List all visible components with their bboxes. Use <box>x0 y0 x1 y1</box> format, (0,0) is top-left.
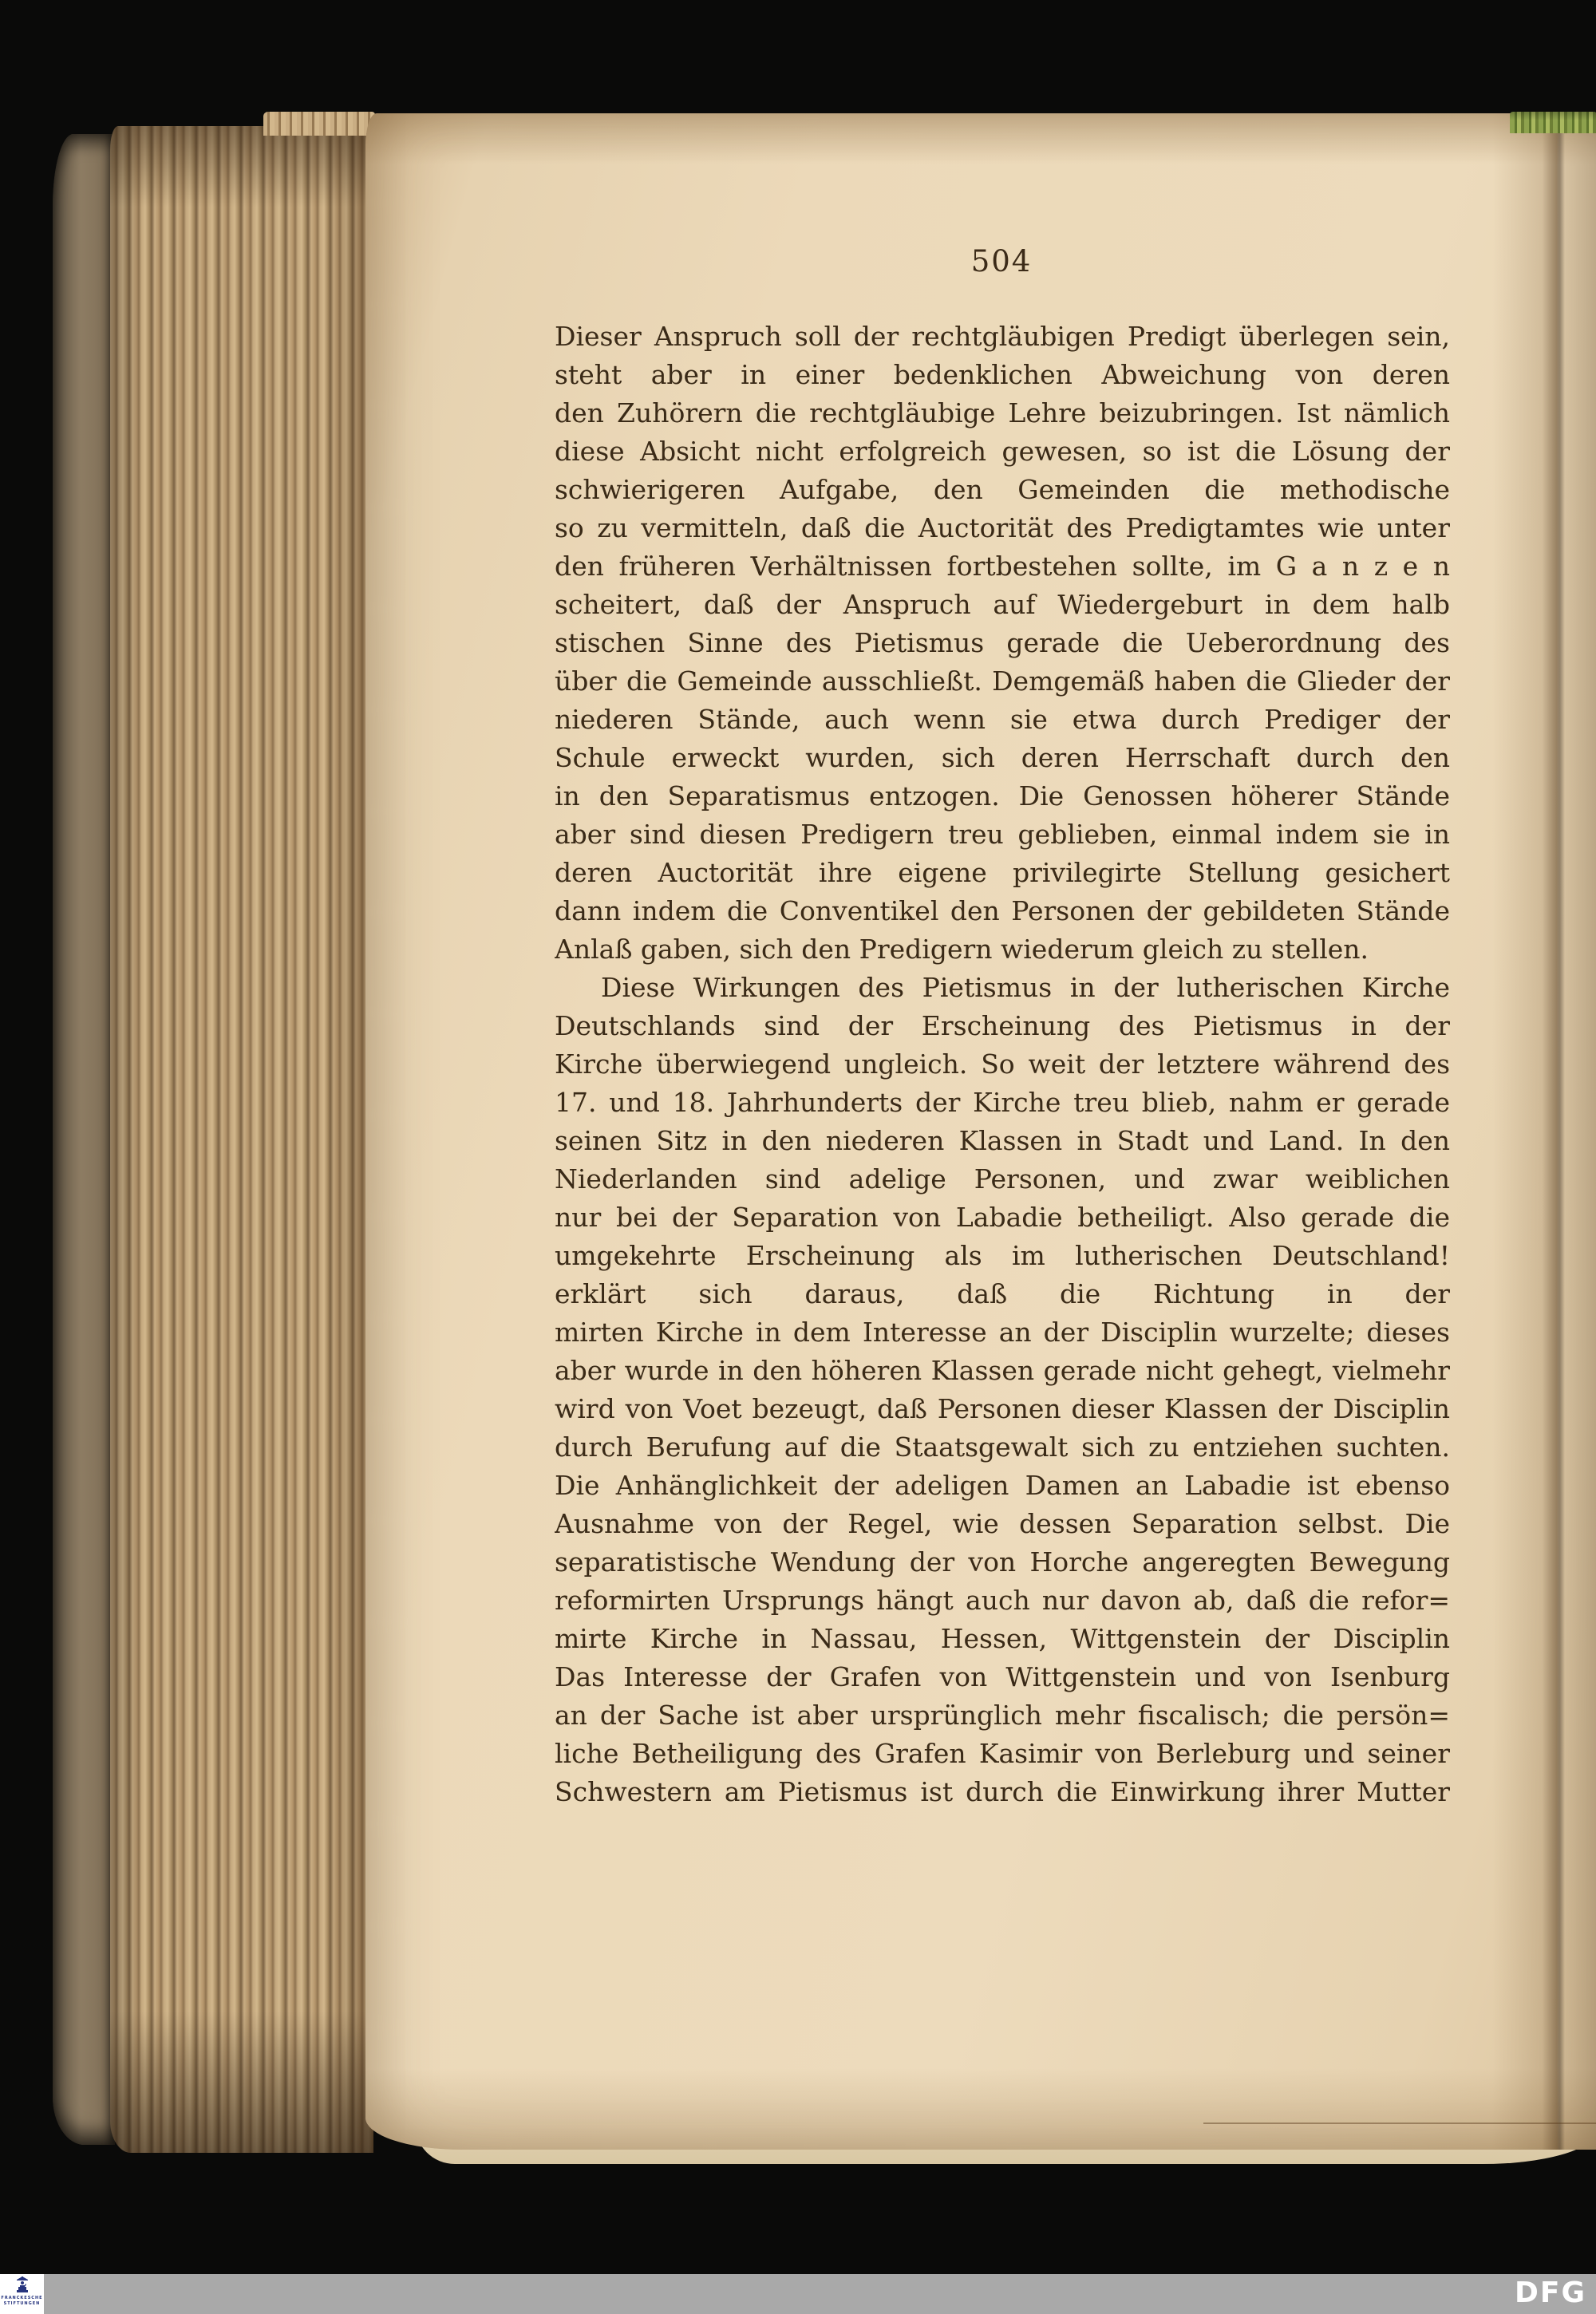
text-line: durch Berufung auf die Staatsgewalt sich… <box>555 1428 1450 1467</box>
text-line: erklärt sich daraus, daß die Richtung in… <box>555 1275 1450 1313</box>
text-line: aber sind diesen Predigern treu gebliebe… <box>555 815 1450 854</box>
text-line: niederen Stände, auch wenn sie etwa durc… <box>555 701 1450 739</box>
gutter-shadow <box>1492 113 1596 2150</box>
text-line: Schule erweckt wurden, sich deren Herrsc… <box>555 739 1450 777</box>
text-line: Das Interesse der Grafen von Wittgenstei… <box>555 1658 1450 1696</box>
book-scan-photo: 504 Dieser Anspruch soll der rechtgläubi… <box>0 0 1596 2314</box>
text-line: stischen Sinne des Pietismus gerade die … <box>555 624 1450 662</box>
text-line: reformirten Ursprungs hängt auch nur dav… <box>555 1581 1450 1620</box>
text-line: Schwestern am Pietismus ist durch die Ei… <box>555 1773 1450 1811</box>
text-line: Diese Wirkungen des Pietismus in der lut… <box>555 969 1450 1007</box>
text-line: seinen Sitz in den niederen Klassen in S… <box>555 1122 1450 1160</box>
franckesche-stiftungen-icon <box>15 2276 30 2292</box>
text-line: nur bei der Separation von Labadie bethe… <box>555 1198 1450 1237</box>
text-line: diese Absicht nicht erfolgreich gewesen,… <box>555 432 1450 471</box>
text-line: Deutschlands sind der Erscheinung des Pi… <box>555 1007 1450 1045</box>
text-line: Ausnahme von der Regel, wie dessen Separ… <box>555 1505 1450 1543</box>
text-line: mirte Kirche in Nassau, Hessen, Wittgens… <box>555 1620 1450 1658</box>
text-line: Dieser Anspruch soll der rechtgläubigen … <box>555 318 1450 356</box>
text-line: aber wurde in den höheren Klassen gerade… <box>555 1352 1450 1390</box>
digitization-footer-bar <box>0 2274 1596 2314</box>
text-line: scheitert, daß der Anspruch auf Wiederge… <box>555 586 1450 624</box>
text-line: schwierigeren Aufgabe, den Gemeinden die… <box>555 471 1450 509</box>
fanned-page-edges <box>110 126 373 2153</box>
text-line: über die Gemeinde ausschließt. Demgemäß … <box>555 662 1450 701</box>
text-line: in den Separatismus entzogen. Die Genoss… <box>555 777 1450 815</box>
body-text: Dieser Anspruch soll der rechtgläubigen … <box>555 318 1450 1811</box>
text-line: deren Auctorität ihre eigene privilegirt… <box>555 854 1450 892</box>
dfg-logo: DFG <box>1515 2276 1586 2309</box>
library-name-line2: STIFTUNGEN <box>0 2301 44 2307</box>
text-line: liche Betheiligung des Grafen Kasimir vo… <box>555 1735 1450 1773</box>
text-line: den Zuhörern die rechtgläubige Lehre bei… <box>555 394 1450 432</box>
text-line: umgekehrte Erscheinung als im lutherisch… <box>555 1237 1450 1275</box>
fanned-page-edges-step <box>263 112 375 136</box>
text-line: so zu vermitteln, daß die Auctorität des… <box>555 509 1450 547</box>
book-cover-edge <box>53 134 115 2145</box>
text-line: Kirche überwiegend ungleich. So weit der… <box>555 1045 1450 1084</box>
text-line: separatistische Wendung der von Horche a… <box>555 1543 1450 1581</box>
text-line: Anlaß gaben, sich den Predigern wiederum… <box>555 930 1450 969</box>
text-line: Niederlanden sind adelige Personen, und … <box>555 1160 1450 1198</box>
franckesche-stiftungen-logo: FRANCKESCHE STIFTUNGEN <box>0 2274 44 2314</box>
text-line: steht aber in einer bedenklichen Abweich… <box>555 356 1450 394</box>
text-line: mirten Kirche in dem Interesse an der Di… <box>555 1313 1450 1352</box>
text-line: dann indem die Conventikel den Personen … <box>555 892 1450 930</box>
spine-headband <box>1510 112 1596 133</box>
page-number: 504 <box>555 244 1448 278</box>
text-line: 17. und 18. Jahrhunderts der Kirche treu… <box>555 1084 1450 1122</box>
library-name-line1: FRANCKESCHE <box>0 2296 44 2301</box>
text-line: an der Sache ist aber ursprünglich mehr … <box>555 1696 1450 1735</box>
page-crease <box>1203 2122 1596 2124</box>
text-line: Die Anhänglichkeit der adeligen Damen an… <box>555 1467 1450 1505</box>
text-line: den früheren Verhältnissen fortbestehen … <box>555 547 1450 586</box>
text-line: wird von Voet bezeugt, daß Personen dies… <box>555 1390 1450 1428</box>
